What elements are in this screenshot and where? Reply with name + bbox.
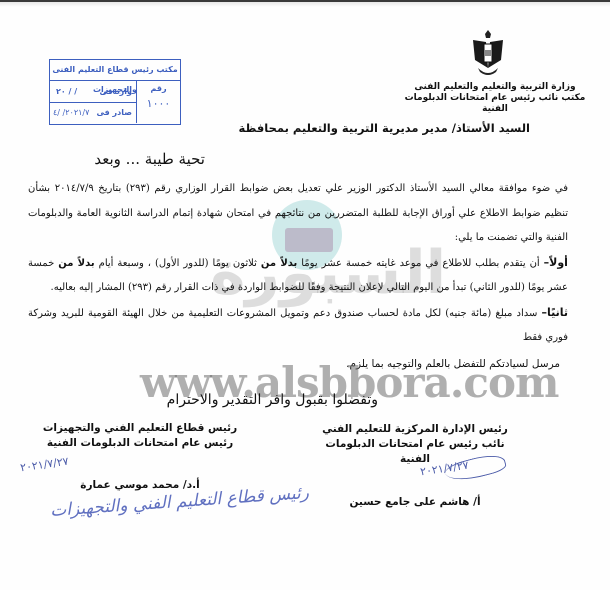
ministry-header: وزارة التربية والتعليم والتعليم الفنى مك… xyxy=(395,82,595,115)
item-first-label: أولاً– xyxy=(544,256,568,269)
item-second-label: ثانيًا– xyxy=(541,306,568,319)
sig-right-name: أ/ هاشم على جامع حسين xyxy=(310,495,520,510)
item-first: أولاً– أن يتقدم بطلب للاطلاع في موعد غاي… xyxy=(28,251,568,301)
stamp-title: مكتب رئيس قطاع التعليم الفنى والتجهيزات xyxy=(50,60,180,81)
letter-body: في ضوء موافقة معالي السيد الأستاذ الدكتو… xyxy=(28,177,568,351)
ministry-line-1: وزارة التربية والتعليم والتعليم الفنى xyxy=(395,82,595,93)
greeting: تحية طيبة ... وبعد xyxy=(94,150,205,168)
egypt-eagle-emblem-icon xyxy=(470,28,506,80)
sig-left-title-2: رئيس عام امتحانات الدبلومات الفنية xyxy=(40,436,240,451)
ministry-line-2: مكتب نائب رئيس عام امتحانات الدبلومات ال… xyxy=(395,93,595,115)
addressee: السيد الأستاذ/ مدير مديرية التربية والتع… xyxy=(239,121,530,135)
item-second-text: سداد مبلغ (مائة جنيه) لكل مادة لحساب صند… xyxy=(28,308,568,344)
item-first-bold-b: بدلاً من xyxy=(58,258,94,269)
signature-block-left: رئيس قطاع التعليم الفني والتجهيزات رئيس … xyxy=(40,421,240,493)
item-first-text-a: أن يتقدم بطلب للاطلاع في موعد غايته خمسة… xyxy=(297,258,543,269)
item-second: ثانيًا– سداد مبلغ (مائة جنيه) لكل مادة ل… xyxy=(28,301,568,351)
stamp-outgoing-label: صادر فى xyxy=(96,103,132,123)
office-stamp: مكتب رئيس قطاع التعليم الفنى والتجهيزات … xyxy=(49,59,181,125)
item-first-bold-a: بدلاً من xyxy=(261,258,297,269)
paragraph-intro: في ضوء موافقة معالي السيد الأستاذ الدكتو… xyxy=(28,177,568,251)
stamp-incoming-label: وارد فى xyxy=(99,81,132,102)
stamp-number-value: ١٠٠٠ xyxy=(137,97,180,110)
stamp-incoming-date: / / ٢٠ xyxy=(50,81,77,102)
sig-right-title-1: رئيس الإدارة المركزية للتعليم الفني xyxy=(310,422,520,437)
closing-regards: وتفضلوا بقبول وافر التقدير والاحترام xyxy=(167,392,378,408)
item-first-text-b: ثلاثون يومًا (للدور الأول) ، وسبعة أيام xyxy=(95,258,261,269)
top-shadow xyxy=(0,2,610,7)
sig-left-title-1: رئيس قطاع التعليم الفني والتجهيزات xyxy=(40,421,240,436)
stamp-number-label: رقم xyxy=(150,84,166,93)
stamp-outgoing-date: ٢٠٢١/٧/ /٤ xyxy=(50,103,89,123)
